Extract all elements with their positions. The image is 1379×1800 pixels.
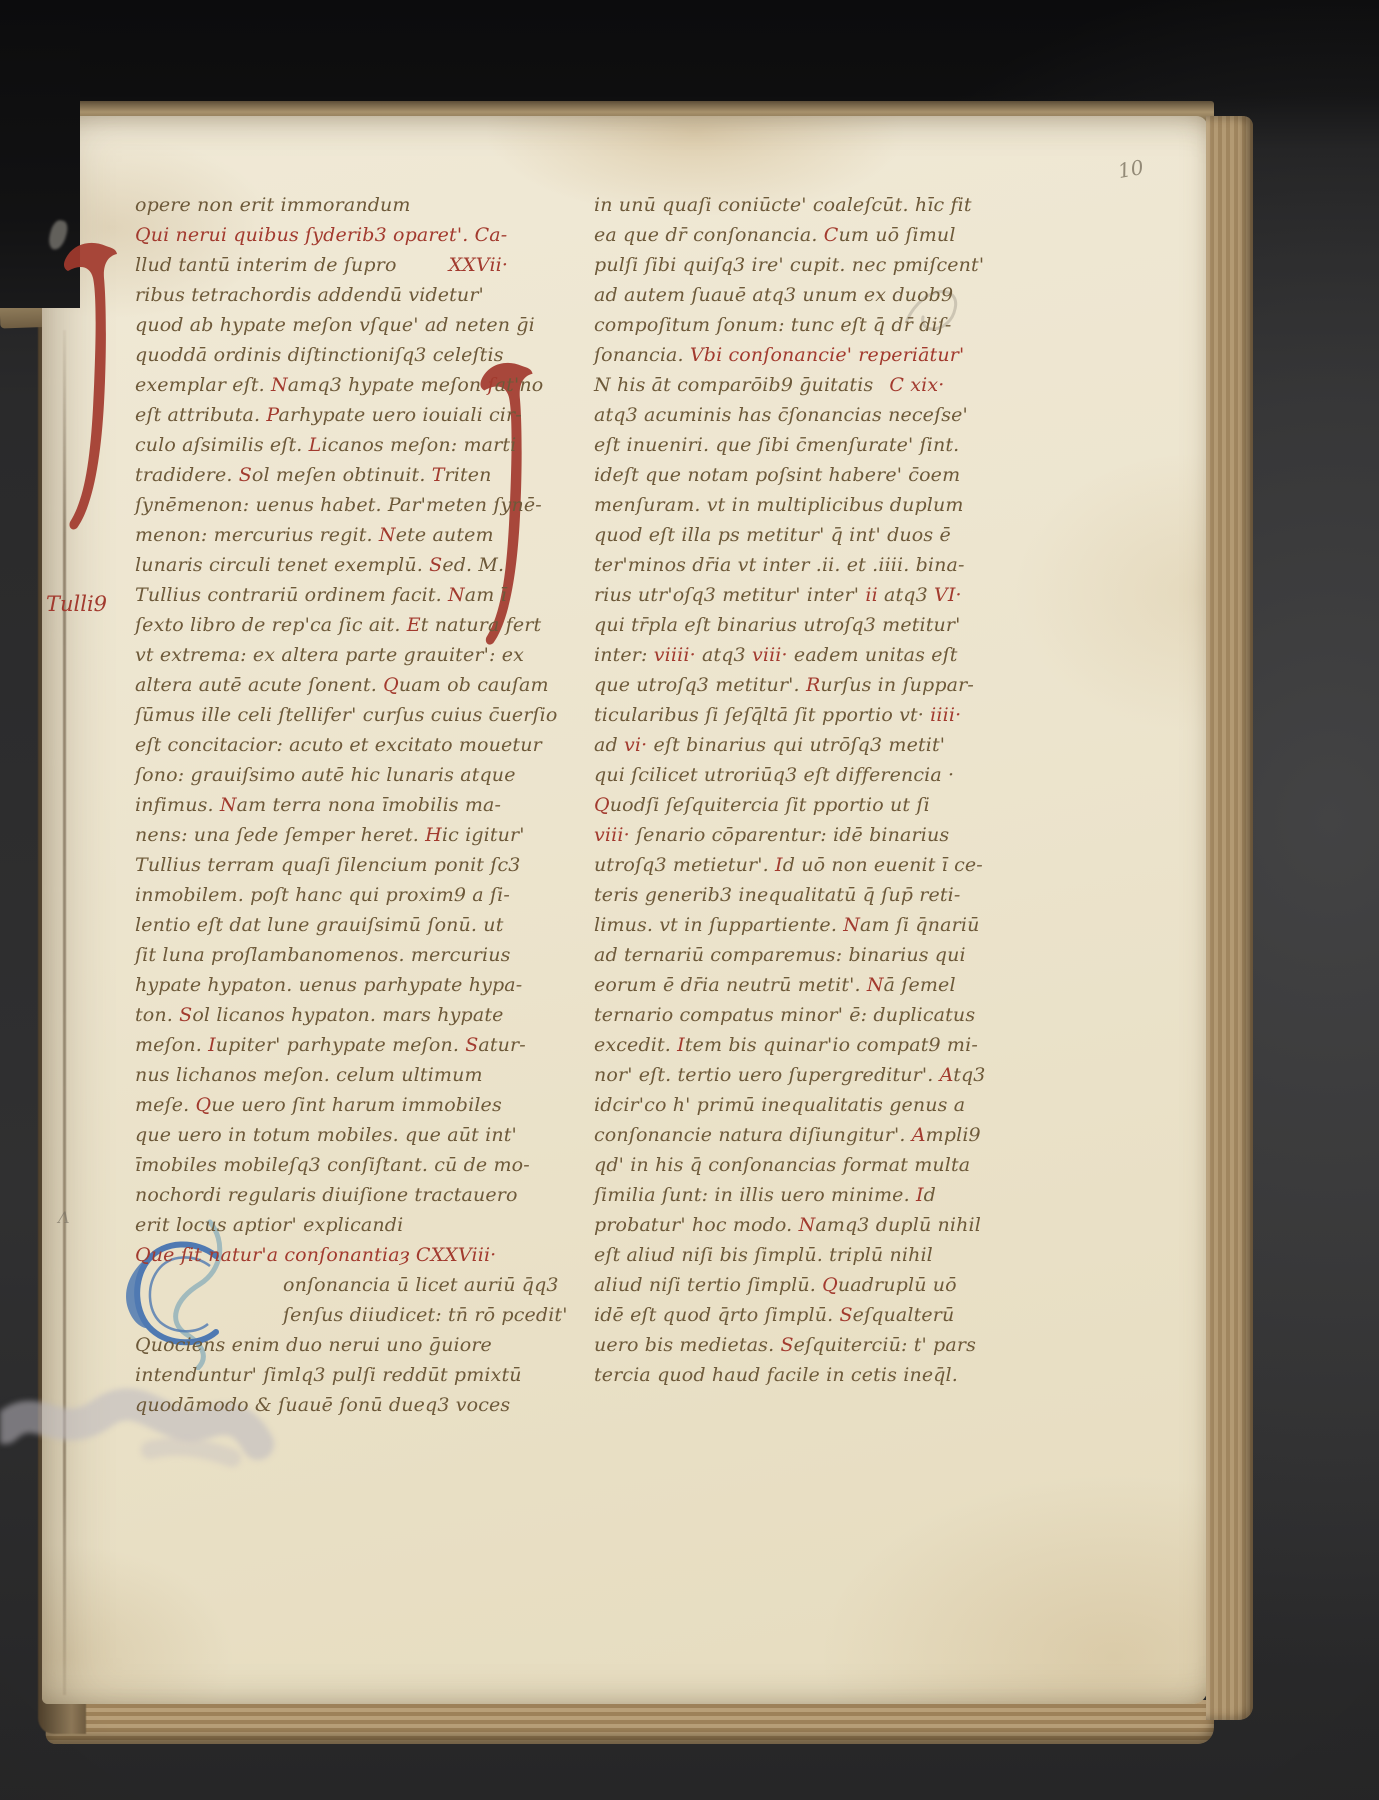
decorated-initial-i-left	[60, 238, 122, 538]
book-fore-edge	[1206, 116, 1253, 1720]
ink-text: uero bis medietas.	[594, 1334, 780, 1356]
ink-text: ſono: grauiſsimo autē hic lunaris atque	[135, 764, 516, 786]
text-line: ſit luna proſlambanomenos. mercurius	[135, 940, 565, 970]
ink-text: upiter' parhypate meſon.	[216, 1034, 465, 1056]
text-line: ſono: grauiſsimo autē hic lunaris atque	[135, 760, 565, 790]
ink-text: altera autē acute ſonent.	[135, 674, 383, 696]
ink-text: vt extrema: ex altera parte grauiter': e…	[135, 644, 524, 666]
text-line: ad autem ſuauē atq3 unum ex duob9	[594, 280, 986, 310]
ink-text: rius utr'oſq3 metitur' inter'	[594, 584, 865, 606]
text-line: ad ternariū comparemus: binarius qui	[594, 940, 986, 970]
rubricated-text: viii·	[752, 644, 788, 666]
rubricated-text: S	[429, 554, 442, 576]
ink-text: pulſi ſibi quiſq3 ire' cupit. nec pmiſce…	[594, 254, 984, 276]
rubricated-text: Q	[383, 674, 399, 696]
ink-text: ed. M.	[442, 554, 504, 576]
ink-text: uodſi ſeſquitercia ſit pportio ut ſi	[610, 794, 930, 816]
rubricated-text: iiii·	[930, 704, 961, 726]
text-line: Quociens enim duo nerui uno ḡuiore	[135, 1330, 565, 1360]
text-line: eſt concitacior: acuto et excitato mouet…	[135, 730, 565, 760]
text-line: teris generib3 inequalitatū q̄ ſup̄ reti…	[594, 880, 986, 910]
text-line: excedit. Item bis quinar'io compat9 mi-	[594, 1030, 986, 1060]
ink-text: probatur' hoc modo.	[594, 1214, 799, 1236]
text-line: ribus tetrachordis addendū videtur'	[135, 280, 565, 310]
ink-text: intenduntur' ſimlq3 pulſi reddūt pmixtū	[135, 1364, 522, 1386]
rubricated-text: S	[239, 464, 252, 486]
ink-text: eorum ē dr̄ia neutrū metit'.	[594, 974, 867, 996]
text-line: utroſq3 metietur'. Id uō non euenit ī ce…	[594, 850, 986, 880]
ink-text: uadruplū uō	[838, 1274, 957, 1296]
text-line: eſt aliud niſi bis ſimplū. triplū nihil	[594, 1240, 986, 1270]
text-line: vt extrema: ex altera parte grauiter': e…	[135, 640, 565, 670]
ink-text: hypate hypaton. uenus parhypate hypa-	[135, 974, 522, 996]
ink-text: nus lichanos meſon. celum ultimum	[135, 1064, 483, 1086]
text-line: llud tantū interim de ſuproXXVii·	[135, 250, 565, 280]
text-line: conſonancie natura diſiungitur'. Ampli9	[594, 1120, 986, 1150]
ink-text: ad ternariū comparemus: binarius qui	[594, 944, 966, 966]
text-line: ideſt que notam poſsint habere' c̄oem	[594, 460, 986, 490]
ink-text: arhypate uero iouiali cir-	[279, 404, 522, 426]
ink-text: ad	[594, 734, 624, 756]
rubricated-text: I	[208, 1034, 216, 1056]
text-line: īmobiles mobileſq3 conſiſtant. cū de mo-	[135, 1150, 565, 1180]
ink-text: uam ob cauſam	[399, 674, 549, 696]
rubricated-text: C	[824, 224, 839, 246]
text-line: onſonancia ū licet auriū q̄q3	[135, 1270, 565, 1300]
ink-text: N his āt comparōib9 ḡuitatis	[594, 374, 873, 396]
ink-text: ea que dr̄ conſonancia.	[594, 224, 824, 246]
ink-text: qui tr̄pla eſt binarius utroſq3 metitur'	[594, 614, 961, 636]
text-line: atq3 acuminis has c̄ſonancias neceſse'	[594, 400, 986, 430]
ink-text: am ī	[465, 584, 507, 606]
rubricated-text: N	[379, 524, 396, 546]
ink-text: erit locus aptior' explicandi	[135, 1214, 403, 1236]
ink-text: eadem unitas eſt	[788, 644, 958, 666]
ink-text: ad autem ſuauē atq3 unum ex duob9	[594, 284, 953, 306]
text-line: infimus. Nam terra nona īmobilis ma-	[135, 790, 565, 820]
rubricated-text: C xix·	[889, 374, 944, 396]
rubricated-text: Q	[822, 1274, 838, 1296]
rubricated-text: VI·	[934, 584, 962, 606]
text-line: que uero in totum mobiles. que aūt int'	[135, 1120, 565, 1150]
pencil-mark: Λ	[58, 1208, 70, 1227]
text-line: qui ſcilicet utroriūq3 eſt differencia ·	[594, 760, 986, 790]
ink-text: excedit.	[594, 1034, 677, 1056]
text-line: exemplar eſt. Namq3 hypate meſon ſat'no	[135, 370, 565, 400]
text-line: nochordi regularis diuiſione tractauero	[135, 1180, 565, 1210]
ink-text: lentio eſt dat lune grauiſsimū ſonū. ut	[135, 914, 503, 936]
folio-number: 10	[1116, 155, 1145, 183]
book-bottom-edge	[46, 1700, 1215, 1744]
text-line: eſt attributa. Parhypate uero iouiali ci…	[135, 400, 565, 430]
text-line: meſon. Iupiter' parhypate meſon. Satur-	[135, 1030, 565, 1060]
ink-text: eſquiterciū: t' pars	[794, 1334, 976, 1356]
ink-text: onſonancia ū licet auriū q̄q3	[283, 1274, 559, 1296]
text-line: inter: viiii· atq3 viii· eadem unitas eſ…	[594, 640, 986, 670]
ink-text: eſt binarius qui utrōſq3 metit'	[647, 734, 945, 756]
rubricated-text: S	[780, 1334, 793, 1356]
ink-text: limus. vt in ſuppartiente.	[594, 914, 843, 936]
text-line: limus. vt in ſuppartiente. Nam ſi q̄nari…	[594, 910, 986, 940]
ink-text: at'no	[495, 374, 544, 396]
text-line: qui tr̄pla eſt binarius utroſq3 metitur'	[594, 610, 986, 640]
rubricated-text: P	[266, 404, 278, 426]
text-line: ſynēmenon: uenus habet. Par'meten ſynē-	[135, 490, 565, 520]
text-line: lunaris circuli tenet exemplū. Sed. M.	[135, 550, 565, 580]
ink-text: eſt inueniri. que ſibi c̄menſurate' ſint…	[594, 434, 959, 456]
text-line: qd' in his q̄ conſonancias format multa	[594, 1150, 986, 1180]
ink-text: d uō non euenit ī ce-	[783, 854, 983, 876]
ink-text: atq3 acuminis has c̄ſonancias neceſse'	[594, 404, 968, 426]
ink-text: ter'minos dr̄ia vt inter .ii. et .iiii. …	[594, 554, 965, 576]
rubricated-text: viii·	[594, 824, 630, 846]
text-line: quodāmodo & ſuauē ſonū dueq3 voces	[135, 1390, 565, 1420]
ink-text: lunaris circuli tenet exemplū.	[135, 554, 429, 576]
ink-text: ideſt que notam poſsint habere' c̄oem	[594, 464, 960, 486]
text-line: ſūmus ille celi ſtellifer' curſus cuius …	[135, 700, 565, 730]
rubricated-text: viiii·	[654, 644, 696, 666]
rubricated-text: N	[843, 914, 860, 936]
ink-text: idcir'co h' primū inequalitatis genus a	[594, 1094, 965, 1116]
rubricated-text: XXVii·	[449, 254, 509, 276]
text-line: Que ſit natur'a conſonantiaȝ CXXViii·	[135, 1240, 565, 1270]
ink-text: ā ſemel	[884, 974, 956, 996]
ink-text: eſqualterū	[853, 1304, 955, 1326]
text-line: compoſitum ſonum: tunc eſt q̄ dr̄ diſ-	[594, 310, 986, 340]
text-line: viii· ſenario cōparentur: idē binarius	[594, 820, 986, 850]
ink-text: llud tantū interim de ſupro	[135, 254, 397, 276]
rubricated-text: L	[309, 434, 322, 456]
ink-text: mpli9	[926, 1124, 981, 1146]
ink-text: utroſq3 metietur'.	[594, 854, 775, 876]
ink-text: īmobiles mobileſq3 conſiſtant. cū de mo-	[135, 1154, 530, 1176]
text-line: in unū quaſi coniūcte' coaleſcūt. hīc fi…	[594, 190, 986, 220]
ink-text: infimus.	[135, 794, 220, 816]
ink-text: qd' in his q̄ conſonancias format multa	[594, 1154, 970, 1176]
ink-text: inter:	[594, 644, 654, 666]
ink-text: ue uero ſint harum immobiles	[211, 1094, 502, 1116]
ink-text: ton.	[135, 1004, 179, 1026]
ink-text: quodāmodo & ſuauē ſonū dueq3 voces	[135, 1394, 510, 1416]
ink-text: Tullius terram quaſi ſilencium ponit ſc3	[135, 854, 521, 876]
rubricated-text: vi·	[624, 734, 647, 756]
ink-text: ol licanos hypaton. mars hypate	[192, 1004, 503, 1026]
ink-text: qui ſcilicet utroriūq3 eſt differencia ·	[594, 764, 954, 786]
rubricated-text: N	[799, 1214, 816, 1236]
text-line: nens: una ſede ſemper heret. Hic igitur'	[135, 820, 565, 850]
text-line: altera autē acute ſonent. Quam ob cauſam	[135, 670, 565, 700]
rubricated-text: A	[940, 1064, 954, 1086]
text-line: menon: mercurius regit. Nete autem	[135, 520, 565, 550]
ink-text: exemplar eſt.	[135, 374, 271, 396]
ink-text: amq3 duplū nihil	[815, 1214, 981, 1236]
ink-text: menon: mercurius regit.	[135, 524, 379, 546]
text-line: Tullius terram quaſi ſilencium ponit ſc3	[135, 850, 565, 880]
ink-text: quod ab hypate meſon vſque' ad neten ḡi	[135, 314, 535, 336]
rubricated-text: I	[916, 1184, 924, 1206]
ink-text: ſenario cōparentur: idē binarius	[630, 824, 949, 846]
ink-text: ete autem	[396, 524, 494, 546]
text-line: ternario compatus minor' ē: duplicatus	[594, 1000, 986, 1030]
ink-text: eſt aliud niſi bis ſimplū. triplū nihil	[594, 1244, 933, 1266]
ink-text: ſenſus diiudicet: tn̄ rō pcedit'	[283, 1304, 568, 1326]
text-line: idcir'co h' primū inequalitatis genus a	[594, 1090, 986, 1120]
ink-text: culo aſsimilis eſt.	[135, 434, 309, 456]
ink-text: urſus in ſuppar-	[820, 674, 974, 696]
text-column-left: opere non erit immorandumQui nerui quibu…	[135, 190, 565, 1420]
ink-text: ſynēmenon: uenus habet. Par'meten ſynē-	[135, 494, 542, 516]
ink-text: ſit luna proſlambanomenos. mercurius	[135, 944, 511, 966]
ink-text: que utroſq3 metitur'.	[594, 674, 806, 696]
ink-text: inmobilem. poſt hanc qui proxim9 a ſi-	[135, 884, 510, 906]
text-line: aliud niſi tertio ſimplū. Quadruplū uō	[594, 1270, 986, 1300]
text-line: nus lichanos meſon. celum ultimum	[135, 1060, 565, 1090]
ink-text: ticularibus ſi ſeſq̄ltā ſit pportio vt·	[594, 704, 930, 726]
text-line: culo aſsimilis eſt. Licanos meſon: marti	[135, 430, 565, 460]
ink-text: Quociens enim duo nerui uno ḡuiore	[135, 1334, 492, 1356]
ink-text: Tullius contrariū ordinem facit.	[135, 584, 448, 606]
rubricated-text: N	[271, 374, 288, 396]
ink-text: ſimilia ſunt: in illis uero minime.	[594, 1184, 916, 1206]
ink-text: quoddā ordinis diſtinctioniſq3 celeſtis	[135, 344, 504, 366]
ink-text: teris generib3 inequalitatū q̄ ſup̄ reti…	[594, 884, 960, 906]
text-line: ton. Sol licanos hypaton. mars hypate	[135, 1000, 565, 1030]
ink-text: tradidere.	[135, 464, 239, 486]
rubricated-text: A	[912, 1124, 926, 1146]
text-line: quoddā ordinis diſtinctioniſq3 celeſtis	[135, 340, 565, 370]
rubricated-text: Qui nerui quibus ſyderib3 oparet'. Ca-	[135, 224, 507, 246]
ink-text: ſūmus ille celi ſtellifer' curſus cuius …	[135, 704, 557, 726]
ink-text: ic igitur'	[442, 824, 525, 846]
ink-text: amq3 hypate meſon	[288, 374, 488, 396]
manuscript-photograph: opere non erit immorandumQui nerui quibu…	[0, 0, 1379, 1800]
ink-text: que uero in totum mobiles. que aūt int'	[135, 1124, 517, 1146]
ink-text: atur-	[478, 1034, 525, 1056]
rubricated-text: ſ	[488, 374, 495, 396]
ink-text: meſon.	[135, 1034, 208, 1056]
text-line: que utroſq3 metitur'. Rurſus in ſuppar-	[594, 670, 986, 700]
ink-text: conſonancie natura diſiungitur'.	[594, 1124, 912, 1146]
ink-text: tq3	[953, 1064, 985, 1086]
ink-text: meſe.	[135, 1094, 196, 1116]
ink-text: ſexto libro de rep'ca ſic ait.	[135, 614, 407, 636]
text-line: quod eſt illa ps metitur' q̄ int' duos ē	[594, 520, 986, 550]
text-line: tercia quod haud facile in cetis ineq̄l.	[594, 1360, 986, 1390]
ink-text: am ſi q̄nariū	[860, 914, 979, 936]
rubricated-text: S	[839, 1304, 852, 1326]
rubricated-text: I	[775, 854, 783, 876]
rubricated-text: N	[867, 974, 884, 996]
ink-text: ternario compatus minor' ē: duplicatus	[594, 1004, 975, 1026]
text-line: meſe. Que uero ſint harum immobiles	[135, 1090, 565, 1120]
text-line: Quodſi ſeſquitercia ſit pportio ut ſi	[594, 790, 986, 820]
ink-text: opere non erit immorandum	[135, 194, 411, 216]
text-line: ſenſus diiudicet: tn̄ rō pcedit'	[135, 1300, 565, 1330]
text-line: ſexto libro de rep'ca ſic ait. Et natura…	[135, 610, 565, 640]
text-line: menſuram. vt in multiplicibus duplum	[594, 490, 986, 520]
text-line: eorum ē dr̄ia neutrū metit'. Nā ſemel	[594, 970, 986, 1000]
rubricated-text: I	[677, 1034, 685, 1056]
ink-text: icanos meſon: marti	[321, 434, 516, 456]
text-line: ſimilia ſunt: in illis uero minime. Id	[594, 1180, 986, 1210]
ink-text: nochordi regularis diuiſione tractauero	[135, 1184, 518, 1206]
text-line: eſt inueniri. que ſibi c̄menſurate' ſint…	[594, 430, 986, 460]
rubricated-text: N	[220, 794, 237, 816]
ink-text: in unū quaſi coniūcte' coaleſcūt. hīc fi…	[594, 194, 972, 216]
rubricated-text: Q	[196, 1094, 212, 1116]
text-line: probatur' hoc modo. Namq3 duplū nihil	[594, 1210, 986, 1240]
text-line: intenduntur' ſimlq3 pulſi reddūt pmixtū	[135, 1360, 565, 1390]
ink-text: t natura fert	[421, 614, 542, 636]
rubricated-text: Que ſit natur'a conſonantiaȝ CXXViii·	[135, 1244, 496, 1266]
ink-text: riten	[445, 464, 492, 486]
text-line: tradidere. Sol meſen obtinuit. Triten	[135, 460, 565, 490]
ink-text: eſt attributa.	[135, 404, 266, 426]
ink-text: atq3	[696, 644, 752, 666]
text-column-right: in unū quaſi coniūcte' coaleſcūt. hīc fi…	[594, 190, 986, 1390]
text-line: opere non erit immorandum	[135, 190, 565, 220]
text-line: lentio eſt dat lune grauiſsimū ſonū. ut	[135, 910, 565, 940]
rubricated-text: Vbi conſonancie' reperiātur'	[690, 344, 964, 366]
ink-text: am terra nona īmobilis ma-	[237, 794, 501, 816]
ink-text: atq3	[878, 584, 934, 606]
text-line: inmobilem. poſt hanc qui proxim9 a ſi-	[135, 880, 565, 910]
rubricated-text: T	[432, 464, 445, 486]
ink-text: quod eſt illa ps metitur' q̄ int' duos ē	[594, 524, 951, 546]
ink-text: menſuram. vt in multiplicibus duplum	[594, 494, 964, 516]
text-line: ſonancia. Vbi conſonancie' reperiātur'	[594, 340, 986, 370]
rubricated-text: H	[425, 824, 442, 846]
text-line: Qui nerui quibus ſyderib3 oparet'. Ca-	[135, 220, 565, 250]
ink-text: ſonancia.	[594, 344, 690, 366]
text-line: ea que dr̄ conſonancia. Cum uō ſimul	[594, 220, 986, 250]
rubricated-text: N	[448, 584, 465, 606]
rubricated-text: Q	[594, 794, 610, 816]
text-line: erit locus aptior' explicandi	[135, 1210, 565, 1240]
ink-text: nens: una ſede ſemper heret.	[135, 824, 425, 846]
ink-text: compoſitum ſonum: tunc eſt q̄ dr̄ diſ-	[594, 314, 951, 336]
text-line: Tullius contrariū ordinem facit. Nam ī	[135, 580, 565, 610]
text-line: nor' eſt. tertio uero ſupergreditur'. At…	[594, 1060, 986, 1090]
rubricated-text: E	[407, 614, 421, 636]
text-line: N his āt comparōib9 ḡuitatisC xix·	[594, 370, 986, 400]
text-line: idē eſt quod q̄rto ſimplū. Seſqualterū	[594, 1300, 986, 1330]
text-line: pulſi ſibi quiſq3 ire' cupit. nec pmiſce…	[594, 250, 986, 280]
text-line: quod ab hypate meſon vſque' ad neten ḡi	[135, 310, 565, 340]
text-line: ter'minos dr̄ia vt inter .ii. et .iiii. …	[594, 550, 986, 580]
text-line: hypate hypaton. uenus parhypate hypa-	[135, 970, 565, 1000]
rubricated-text: ii	[865, 584, 877, 606]
ink-text: ribus tetrachordis addendū videtur'	[135, 284, 484, 306]
ink-text: um uō ſimul	[838, 224, 955, 246]
rubricated-text: S	[179, 1004, 192, 1026]
ink-text: nor' eſt. tertio uero ſupergreditur'.	[594, 1064, 940, 1086]
ink-text: tercia quod haud facile in cetis ineq̄l.	[594, 1364, 958, 1386]
marginal-note-tullius: Tulli9	[46, 592, 107, 616]
text-line: ticularibus ſi ſeſq̄ltā ſit pportio vt· …	[594, 700, 986, 730]
ink-text: aliud niſi tertio ſimplū.	[594, 1274, 822, 1296]
ink-text: ol meſen obtinuit.	[252, 464, 432, 486]
text-line: uero bis medietas. Seſquiterciū: t' pars	[594, 1330, 986, 1360]
ink-text: tem bis quinar'io compat9 mi-	[685, 1034, 978, 1056]
ink-text: eſt concitacior: acuto et excitato mouet…	[135, 734, 542, 756]
rubricated-text: R	[806, 674, 820, 696]
text-line: rius utr'oſq3 metitur' inter' ii atq3 VI…	[594, 580, 986, 610]
ink-text: idē eſt quod q̄rto ſimplū.	[594, 1304, 839, 1326]
rubricated-text: S	[465, 1034, 478, 1056]
ink-text: d	[924, 1184, 936, 1206]
text-line: ad vi· eſt binarius qui utrōſq3 metit'	[594, 730, 986, 760]
